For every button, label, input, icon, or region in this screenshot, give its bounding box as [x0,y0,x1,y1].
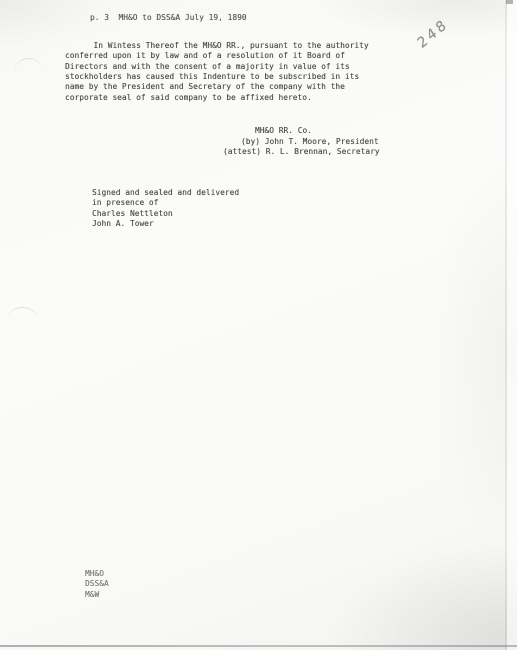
signature-secretary-line: (attest) R. L. Brennan, Secretary [223,147,380,157]
scan-edge-line-bottom [0,645,517,647]
witness-line: John A. Tower [92,219,154,229]
faint-arc-mark [8,306,40,321]
paragraph-line: stockholders has caused this Indenture t… [65,72,359,82]
paragraph-line: corporate seal of said company to be aff… [65,93,312,103]
page-header-line: p. 3 MH&O to DSS&A July 19, 1890 [90,13,247,23]
scanned-document-page: p. 3 MH&O to DSS&A July 19, 1890 248 In … [0,0,517,650]
paragraph-line: In Wintess Thereof the MH&O RR., pursuan… [65,41,369,51]
paragraph-line: Directors and with the consent of a majo… [65,62,350,72]
scan-edge-line-right [505,0,507,650]
witness-line: in presence of [92,198,158,208]
stamp-line: M&W [85,590,99,600]
witness-line: Charles Nettleton [92,209,173,219]
faint-arc-mark [13,56,41,71]
handwritten-page-number: 248 [415,16,451,52]
stamp-line: MH&O [85,569,104,579]
paragraph-line: conferred upon it by law and of a resolu… [65,51,345,61]
signature-president-line: (by) John T. Moore, President [241,137,379,147]
witness-line: Signed and sealed and delivered [92,188,239,198]
signature-company-line: MH&O RR. Co. [255,126,312,136]
scan-corner-mark [506,0,513,4]
stamp-line: DSS&A [85,579,109,589]
scan-edge-strip [507,0,517,650]
paragraph-line: name by the President and Secretary of t… [65,82,345,92]
